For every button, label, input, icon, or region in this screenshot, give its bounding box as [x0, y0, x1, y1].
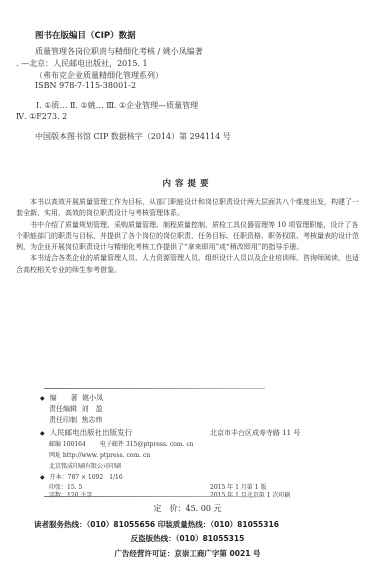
- ad-license: 广告经营许可证：京崇工商广字第 0021 号: [0, 548, 375, 559]
- cip-record-number: 中国版本图书馆 CIP 数据核字（2014）第 294114 号: [35, 131, 231, 142]
- cip-title: 图书在版编目（CIP）数据: [35, 29, 136, 41]
- email: 电子邮件 315@ptpress. com. cn: [100, 439, 194, 448]
- reader-hotline: 读者服务热线：（010）81055656 印装质量热线：（010）8105531…: [34, 519, 279, 530]
- price: 定 价：45. 00 元: [0, 503, 375, 514]
- cip-classification-code: Ⅳ. ①F273. 2: [16, 112, 67, 121]
- piracy-hotline: 反盗版热线：（010）81055315: [0, 533, 375, 544]
- printing-row: 责任印制 焦志炜: [49, 415, 102, 425]
- abstract-body: 本书以高效开展质量管理工作为目标，从部门职能设计和岗位职责设计两大层面共八个维度…: [16, 197, 361, 276]
- abstract-paragraph: 书中介绍了质量规划管理、采购质量管理、制程质量控制、质检工具仪器管理等 10 项…: [16, 220, 361, 254]
- cip-book-title: 质量管理各岗位职责与精细化考核 / 姚小凤编著: [35, 46, 203, 57]
- website: 网址 http://www. ptpress. com. cn: [49, 450, 150, 459]
- print-run: 2015 年 1 月北京第 1 次印刷: [210, 490, 290, 499]
- diamond-bullet-icon: ◆: [40, 430, 45, 437]
- word-count: 字数：120 千字: [49, 490, 92, 499]
- divider-top: [44, 388, 265, 389]
- postcode: 邮编 100164: [49, 439, 86, 448]
- diamond-bullet-icon: ◆: [40, 395, 45, 402]
- diamond-bullet-icon: ◆: [40, 474, 45, 481]
- cip-publisher: . —北京：人民邮电出版社，2015. 1: [16, 58, 148, 69]
- publisher-row: ◆人民邮电出版社出版发行: [40, 427, 132, 438]
- printer: 北京铭成印刷有限公司印刷: [49, 461, 121, 470]
- format-row: ◆开本：787 × 1092 1/16: [40, 472, 123, 481]
- cip-isbn: ISBN 978-7-115-38001-2: [35, 81, 136, 90]
- cip-series: （弗布克企业质量精细化管理系列）: [35, 70, 163, 81]
- cip-classification: Ⅰ. ①质… Ⅱ. ①姚… Ⅲ. ①企业管理—质量管理: [36, 100, 198, 111]
- publisher-address: 北京市丰台区成寿寺路 11 号: [210, 428, 300, 438]
- editor-row: 责任编辑 刘 盈: [49, 404, 102, 414]
- divider-bottom: [44, 496, 265, 497]
- abstract-title: 内容提要: [0, 177, 375, 189]
- abstract-paragraph: 本书以高效开展质量管理工作为目标，从部门职能设计和岗位职责设计两大层面共八个维度…: [16, 197, 361, 220]
- author-row: ◆编 著 姚小凤: [40, 393, 103, 403]
- abstract-paragraph: 本书适合各类企业的质量管理人员、人力资源管理人员、组织设计人员以及企业培训师、咨…: [16, 253, 361, 276]
